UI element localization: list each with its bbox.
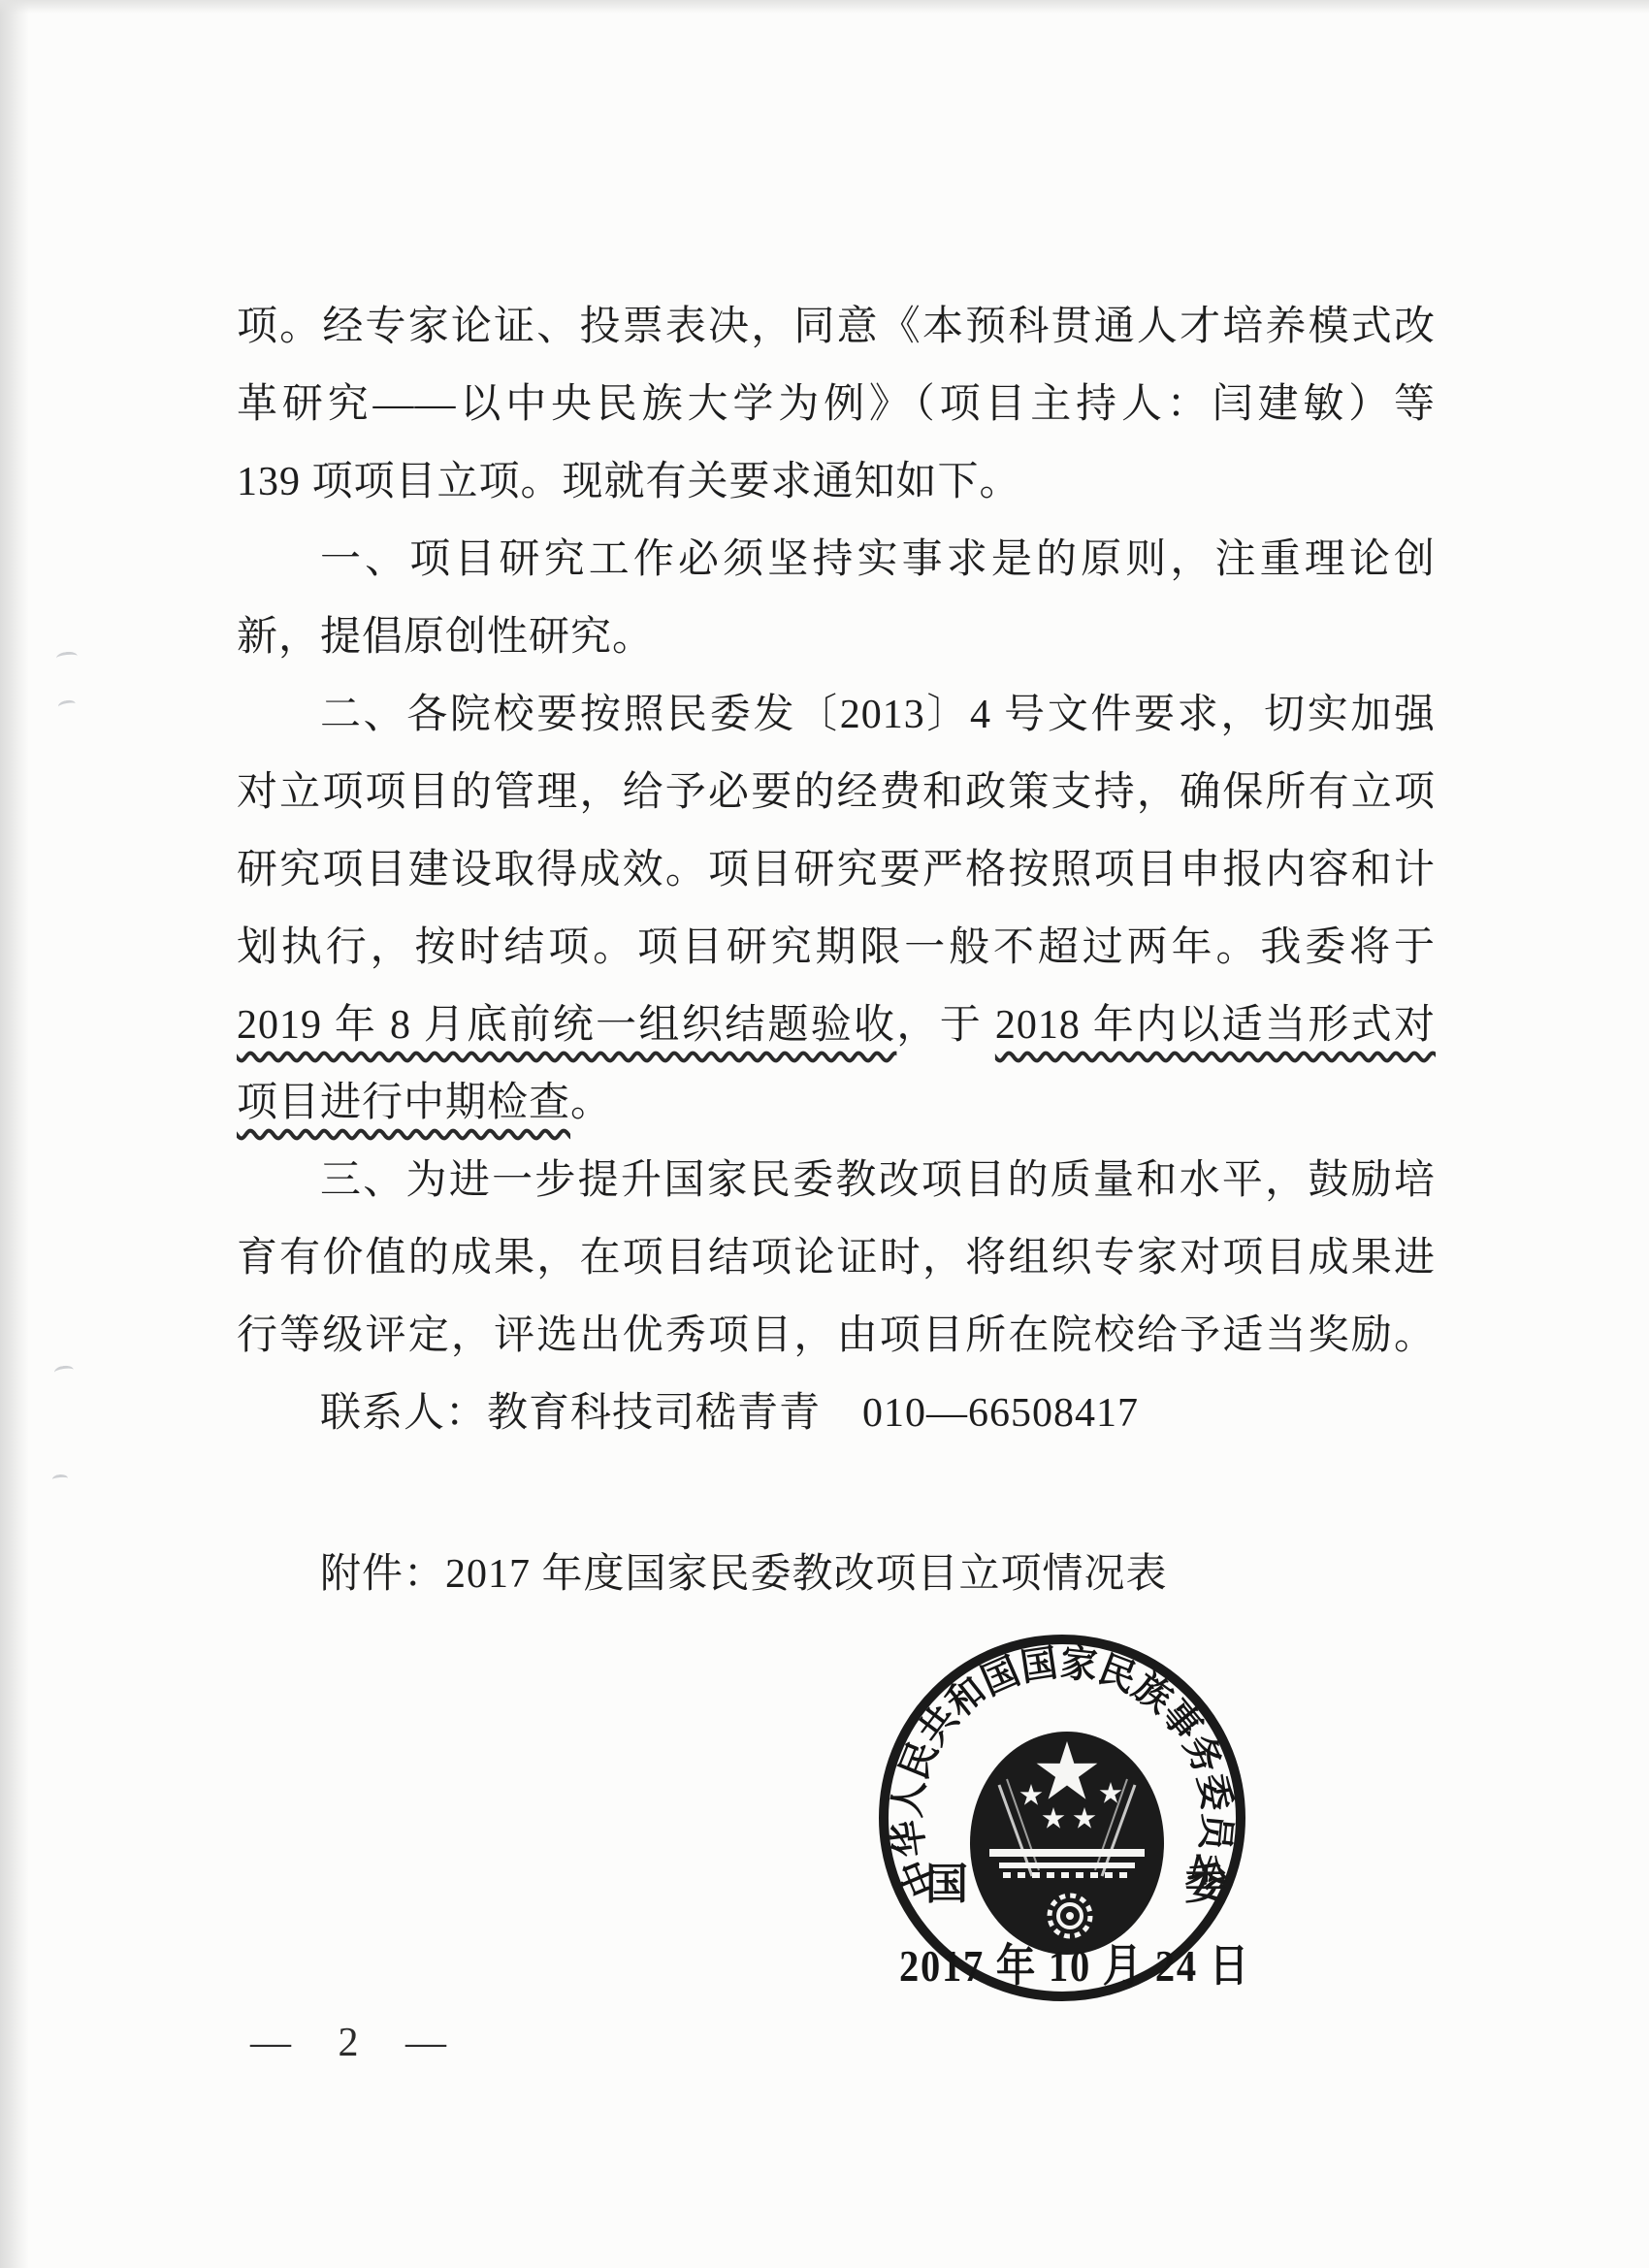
text-line: 研究项目建设取得成效。项目研究要严格按照项目申报内容和计 xyxy=(237,831,1436,909)
text-segment: 。 xyxy=(570,1081,612,1125)
text-segment: 革研究——以中央民族大学为例》（项目主持人：闫建敏）等 xyxy=(237,382,1436,427)
text-line: 划执行，按时结项。项目研究期限一般不超过两年。我委将于 xyxy=(237,909,1436,987)
text-segment: 139 项项目立项。现就有关要求通知如下。 xyxy=(237,460,1021,504)
para-attachment: 附件：2017 年度国家民委教改项目立项情况表 xyxy=(237,1536,1436,1613)
scan-artifact xyxy=(57,699,76,712)
text-line: 二、各院校要按照民委发〔2013〕4 号文件要求，切实加强 xyxy=(237,676,1436,754)
para-contact: 联系人：教育科技司嵇青青 010—66508417 xyxy=(237,1375,1436,1452)
text-line: 新，提倡原创性研究。 xyxy=(237,599,1436,676)
text-line: 2019 年 8 月底前统一组织结题验收，于 2018 年内以适当形式对 xyxy=(237,987,1436,1064)
text-segment: 附件：2017 年度国家民委教改项目立项情况表 xyxy=(320,1552,1168,1597)
text-line: 一、项目研究工作必须坚持实事求是的原则，注重理论创 xyxy=(237,521,1436,599)
text-segment: 联系人：教育科技司嵇青青 010—66508417 xyxy=(320,1391,1139,1436)
official-seal: 中华人民共和国国家民族事务委员会 国家民委 xyxy=(852,1622,1317,2068)
text-segment: 一、项目研究工作必须坚持实事求是的原则，注重理论创 xyxy=(320,537,1436,582)
text-line: 联系人：教育科技司嵇青青 010—66508417 xyxy=(237,1375,1436,1452)
scan-artifact xyxy=(53,1365,74,1378)
text-line: 三、为进一步提升国家民委教改项目的质量和水平，鼓励培 xyxy=(237,1142,1436,1219)
wavy-underlined-text: 2019 年 8 月底前统一组织结题验收 xyxy=(237,1003,896,1048)
wavy-underlined-text: 2018 年内以适当形式对 xyxy=(995,1003,1436,1048)
text-line: 项目进行中期检查。 xyxy=(237,1064,1436,1142)
para-item-3: 三、为进一步提升国家民委教改项目的质量和水平，鼓励培育有价值的成果，在项目结项论… xyxy=(237,1142,1436,1375)
text-segment: ，于 xyxy=(896,1003,994,1048)
wavy-underlined-text: 项目进行中期检查 xyxy=(237,1081,570,1125)
gear-icon xyxy=(1066,1912,1074,1920)
scan-artifact xyxy=(55,651,78,664)
text-line: 139 项项目立项。现就有关要求通知如下。 xyxy=(237,443,1436,521)
para-item-2: 二、各院校要按照民委发〔2013〕4 号文件要求，切实加强对立项项目的管理，给予… xyxy=(237,676,1436,1142)
text-segment: 对立项项目的管理，给予必要的经费和政策支持，确保所有立项 xyxy=(237,770,1436,815)
page-number: — 2 — xyxy=(250,2020,460,2066)
document-body: 项。经专家论证、投票表决，同意《本预科贯通人才培养模式改革研究——以中央民族大学… xyxy=(237,288,1436,1613)
text-segment: 项。经专家论证、投票表决，同意《本预科贯通人才培养模式改 xyxy=(237,305,1436,349)
text-line: 育有价值的成果，在项目结项论证时，将组织专家对项目成果进 xyxy=(237,1219,1436,1297)
text-segment: 行等级评定，评选出优秀项目，由项目所在院校给予适当奖励。 xyxy=(237,1313,1436,1358)
text-line: 行等级评定，评选出优秀项目，由项目所在院校给予适当奖励。 xyxy=(237,1297,1436,1375)
text-segment: 二、各院校要按照民委发〔2013〕4 号文件要求，切实加强 xyxy=(320,693,1436,737)
para-intro: 项。经专家论证、投票表决，同意《本预科贯通人才培养模式改革研究——以中央民族大学… xyxy=(237,288,1436,521)
national-emblem-icon xyxy=(970,1732,1164,1955)
document-page: 项。经专家论证、投票表决，同意《本预科贯通人才培养模式改革研究——以中央民族大学… xyxy=(0,0,1649,2268)
gate-roof-bar xyxy=(999,1863,1135,1868)
text-segment: 育有价值的成果，在项目结项论证时，将组织专家对项目成果进 xyxy=(237,1236,1436,1280)
text-segment: 划执行，按时结项。项目研究期限一般不超过两年。我委将于 xyxy=(237,925,1436,970)
text-line: 附件：2017 年度国家民委教改项目立项情况表 xyxy=(237,1536,1436,1613)
seal-date: 2017 年 10 月 24 日 xyxy=(899,1941,1250,1991)
scan-edge-shadow-top xyxy=(0,0,1649,14)
gate-roof-bar xyxy=(989,1849,1145,1857)
text-segment: 三、为进一步提升国家民委教改项目的质量和水平，鼓励培 xyxy=(320,1158,1436,1203)
text-line: 项。经专家论证、投票表决，同意《本预科贯通人才培养模式改 xyxy=(237,288,1436,366)
text-segment: 新，提倡原创性研究。 xyxy=(237,615,654,660)
para-item-1: 一、项目研究工作必须坚持实事求是的原则，注重理论创新，提倡原创性研究。 xyxy=(237,521,1436,676)
text-segment: 研究项目建设取得成效。项目研究要严格按照项目申报内容和计 xyxy=(237,848,1436,892)
scan-edge-shadow xyxy=(0,0,29,2268)
text-line: 对立项项目的管理，给予必要的经费和政策支持，确保所有立项 xyxy=(237,754,1436,831)
text-line: 革研究——以中央民族大学为例》（项目主持人：闫建敏）等 xyxy=(237,366,1436,443)
scan-artifact xyxy=(52,1474,69,1483)
